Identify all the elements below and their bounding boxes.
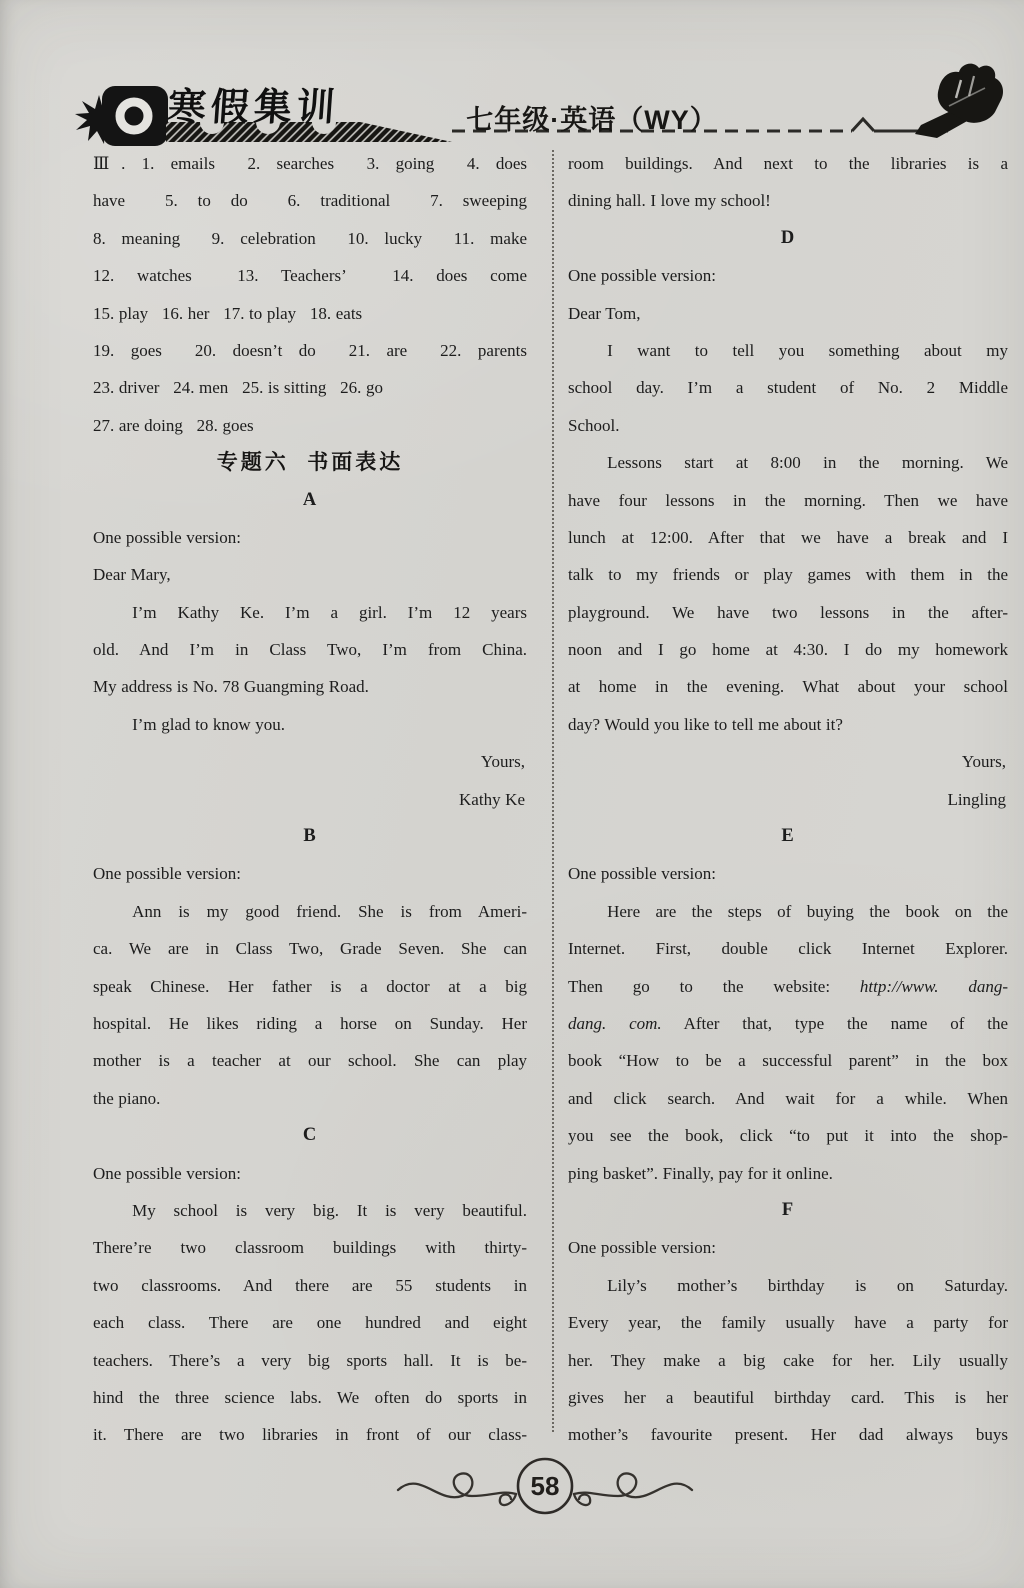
footer-flourish: 58 [370, 1446, 730, 1530]
text-line: school day. I’m a student of No. 2 Middl… [568, 369, 1008, 406]
text-line: 15. play 16. her 17. to play 18. eats [93, 295, 527, 332]
text-line: Yours, [568, 743, 1008, 780]
text-line: hind the three science labs. We often do… [93, 1379, 527, 1416]
text-line: School. [568, 407, 1008, 444]
text-line: you see the book, click “to put it into … [568, 1117, 1008, 1154]
text-line: dang. com. After that, type the name of … [568, 1005, 1008, 1042]
text-line: ca. We are in Class Two, Grade Seven. Sh… [93, 930, 527, 967]
text-line: Yours, [93, 743, 527, 780]
text-line: One possible version: [93, 519, 527, 556]
text-span: Then go to the website: [568, 977, 860, 996]
text-line: at home in the evening. What about your … [568, 668, 1008, 705]
text-line: 12. watches 13. Teachers’ 14. does come [93, 257, 527, 294]
text-line: 19. goes 20. doesn’t do 21. are 22. pare… [93, 332, 527, 369]
text-line: talk to my friends or play games with th… [568, 556, 1008, 593]
text-span: http://www. dang- [860, 977, 1008, 996]
text-line: and click search. And wait for a while. … [568, 1080, 1008, 1117]
text-line: Here are the steps of buying the book on… [568, 893, 1008, 930]
text-line: There’re two classroom buildings with th… [93, 1229, 527, 1266]
text-line: Lingling [568, 781, 1008, 818]
text-line: Ⅲ. 1. emails 2. searches 3. going 4. doe… [93, 145, 527, 182]
text-line: book “How to be a successful parent” in … [568, 1042, 1008, 1079]
text-line: One possible version: [568, 257, 1008, 294]
text-line: One possible version: [568, 855, 1008, 892]
text-line: My school is very big. It is very beauti… [93, 1192, 527, 1229]
text-line: 27. are doing 28. goes [93, 407, 527, 444]
text-line: room buildings. And next to the librarie… [568, 145, 1008, 182]
text-line: lunch at 12:00. After that we have a bre… [568, 519, 1008, 556]
answer-column-left: Ⅲ. 1. emails 2. searches 3. going 4. doe… [93, 145, 527, 1454]
text-line: each class. There are one hundred and ei… [93, 1304, 527, 1341]
section-heading: B [93, 818, 527, 855]
section-heading: E [568, 818, 1008, 855]
text-line: mother is a teacher at our school. She c… [93, 1042, 527, 1079]
section-heading: 专题六 书面表达 [93, 444, 527, 481]
text-line: Then go to the website: http://www. dang… [568, 968, 1008, 1005]
edition-title: 七年级·英语（WY） [437, 98, 747, 137]
text-line: One possible version: [568, 1229, 1008, 1266]
text-line: Every year, the family usually have a pa… [568, 1304, 1008, 1341]
text-line: have four lessons in the morning. Then w… [568, 482, 1008, 519]
text-span: dang. com. [568, 1014, 662, 1033]
text-line: 23. driver 24. men 25. is sitting 26. go [93, 369, 527, 406]
text-line: Lily’s mother’s birthday is on Saturday. [568, 1267, 1008, 1304]
book-page: 寒假集训 七年级·英语（WY） Ⅲ. 1. emails 2. searches… [0, 0, 1024, 1588]
text-line: old. And I’m in Class Two, I’m from Chin… [93, 631, 527, 668]
text-line: day? Would you like to tell me about it? [568, 706, 1008, 743]
text-line: I’m glad to know you. [93, 706, 527, 743]
column-divider [552, 150, 554, 1432]
text-line: Ann is my good friend. She is from Ameri… [93, 893, 527, 930]
text-line: Dear Mary, [93, 556, 527, 593]
section-heading: A [93, 482, 527, 519]
text-line: Lessons start at 8:00 in the morning. We [568, 444, 1008, 481]
page-number: 58 [531, 1471, 560, 1501]
text-line: speak Chinese. Her father is a doctor at… [93, 968, 527, 1005]
text-line: One possible version: [93, 855, 527, 892]
section-heading: C [93, 1117, 527, 1154]
text-line: ping basket”. Finally, pay for it online… [568, 1155, 1008, 1192]
text-line: 8. meaning 9. celebration 10. lucky 11. … [93, 220, 527, 257]
text-line: hospital. He likes riding a horse on Sun… [93, 1005, 527, 1042]
text-line: teachers. There’s a very big sports hall… [93, 1342, 527, 1379]
text-line: My address is No. 78 Guangming Road. [93, 668, 527, 705]
text-line: playground. We have two lessons in the a… [568, 594, 1008, 631]
text-span: After that, type the name of the [662, 1014, 1008, 1033]
text-line: two classrooms. And there are 55 student… [93, 1267, 527, 1304]
text-line: I want to tell you something about my [568, 332, 1008, 369]
text-line: noon and I go home at 4:30. I do my home… [568, 631, 1008, 668]
text-line: Kathy Ke [93, 781, 527, 818]
text-line: her. They make a big cake for her. Lily … [568, 1342, 1008, 1379]
answer-column-right: room buildings. And next to the librarie… [568, 145, 1008, 1454]
text-line: have 5. to do 6. traditional 7. sweeping [93, 182, 527, 219]
text-line: I’m Kathy Ke. I’m a girl. I’m 12 years [93, 594, 527, 631]
text-line: dining hall. I love my school! [568, 182, 1008, 219]
section-heading: D [568, 220, 1008, 257]
text-line: Internet. First, double click Internet E… [568, 930, 1008, 967]
text-line: gives her a beautiful birthday card. Thi… [568, 1379, 1008, 1416]
fist-icon [915, 58, 1015, 138]
text-line: One possible version: [93, 1155, 527, 1192]
section-heading: F [568, 1192, 1008, 1229]
text-line: the piano. [93, 1080, 527, 1117]
text-line: Dear Tom, [568, 295, 1008, 332]
